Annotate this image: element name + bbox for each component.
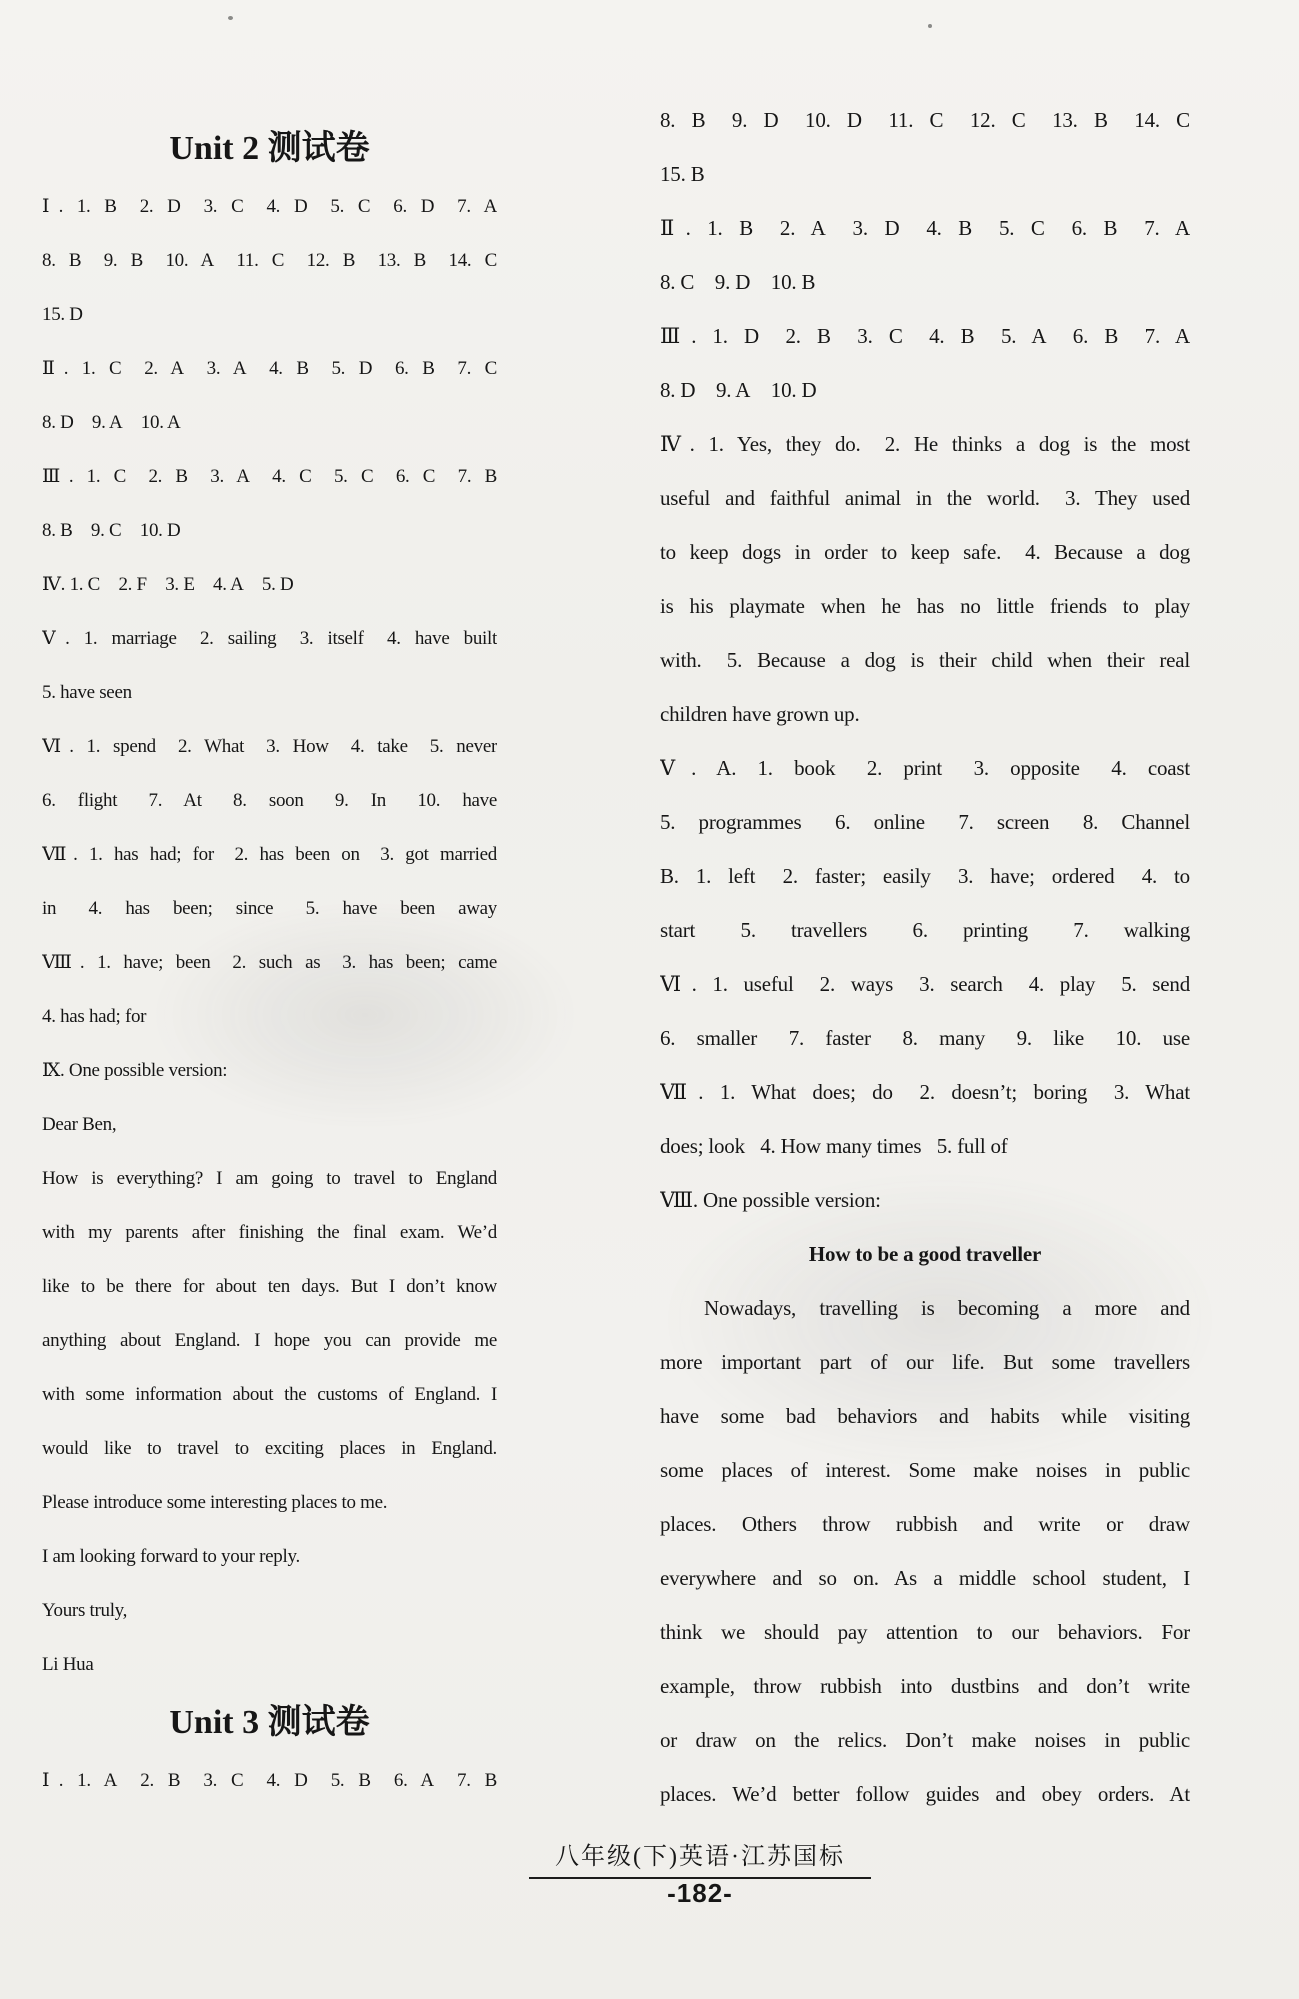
text-line: Ⅷ. 1. have; been 2. such as 3. has been;…: [42, 936, 497, 990]
text-line: 8. B 9. D 10. D 11. C 12. C 13. B 14. C: [660, 93, 1190, 147]
text-line: Ⅱ. 1. B 2. A 3. D 4. B 5. C 6. B 7. A: [660, 201, 1190, 255]
essay-title: How to be a good traveller: [660, 1227, 1190, 1281]
text-line: with some information about the customs …: [42, 1368, 497, 1422]
text-line: does; look 4. How many times 5. full of: [660, 1119, 1190, 1173]
text-line: have some bad behaviors and habits while…: [660, 1389, 1190, 1443]
unit-title: Unit 3 测试卷: [42, 1692, 497, 1754]
text-line: places. We’d better follow guides and ob…: [660, 1767, 1190, 1821]
text-line: anything about England. I hope you can p…: [42, 1314, 497, 1368]
text-line: Ⅴ. 1. marriage 2. sailing 3. itself 4. h…: [42, 612, 497, 666]
text-line: some places of interest. Some make noise…: [660, 1443, 1190, 1497]
text-line: 8. C 9. D 10. B: [660, 255, 1190, 309]
scanned-page: Unit 2 测试卷Ⅰ. 1. B 2. D 3. C 4. D 5. C 6.…: [0, 0, 1299, 1999]
text-line: B. 1. left 2. faster; easily 3. have; or…: [660, 849, 1190, 903]
footer: 八年级(下)英语·江苏国标: [100, 1836, 1299, 1879]
page-number: -182-: [100, 1878, 1299, 1909]
text-line: start 5. travellers 6. printing 7. walki…: [660, 903, 1190, 957]
text-line: Ⅶ. 1. has had; for 2. has been on 3. got…: [42, 828, 497, 882]
text-line: example, throw rubbish into dustbins and…: [660, 1659, 1190, 1713]
unit-title: Unit 2 测试卷: [42, 118, 497, 180]
text-line: Ⅰ. 1. B 2. D 3. C 4. D 5. C 6. D 7. A: [42, 180, 497, 234]
text-line: 15. D: [42, 288, 497, 342]
text-line: to keep dogs in order to keep safe. 4. B…: [660, 525, 1190, 579]
text-line: children have grown up.: [660, 687, 1190, 741]
text-line: everywhere and so on. As a middle school…: [660, 1551, 1190, 1605]
text-line: 8. B 9. C 10. D: [42, 504, 497, 558]
text-line: with my parents after finishing the fina…: [42, 1206, 497, 1260]
text-line: Yours truly,: [42, 1584, 497, 1638]
text-line: would like to travel to exciting places …: [42, 1422, 497, 1476]
text-line: Ⅲ. 1. D 2. B 3. C 4. B 5. A 6. B 7. A: [660, 309, 1190, 363]
text-line: Ⅰ. 1. A 2. B 3. C 4. D 5. B 6. A 7. B: [42, 1754, 497, 1808]
text-line: in 4. has been; since 5. have been away: [42, 882, 497, 936]
text-line: I am looking forward to your reply.: [42, 1530, 497, 1584]
text-line: Li Hua: [42, 1638, 497, 1692]
text-line: 6. smaller 7. faster 8. many 9. like 10.…: [660, 1011, 1190, 1065]
text-line: Dear Ben,: [42, 1098, 497, 1152]
text-line: think we should pay attention to our beh…: [660, 1605, 1190, 1659]
text-line: Ⅴ. A. 1. book 2. print 3. opposite 4. co…: [660, 741, 1190, 795]
text-line: is his playmate when he has no little fr…: [660, 579, 1190, 633]
text-line: How is everything? I am going to travel …: [42, 1152, 497, 1206]
text-line: useful and faithful animal in the world.…: [660, 471, 1190, 525]
text-line: Ⅳ. 1. Yes, they do. 2. He thinks a dog i…: [660, 417, 1190, 471]
text-line: 8. B 9. B 10. A 11. C 12. B 13. B 14. C: [42, 234, 497, 288]
footer-title: 八年级(下)英语·江苏国标: [529, 1836, 871, 1879]
text-line: 8. D 9. A 10. D: [660, 363, 1190, 417]
text-line: 15. B: [660, 147, 1190, 201]
text-line: Nowadays, travelling is becoming a more …: [660, 1281, 1190, 1335]
text-line: more important part of our life. But som…: [660, 1335, 1190, 1389]
text-line: Ⅵ. 1. useful 2. ways 3. search 4. play 5…: [660, 957, 1190, 1011]
text-line: Ⅸ. One possible version:: [42, 1044, 497, 1098]
text-line: 4. has had; for: [42, 990, 497, 1044]
text-line: like to be there for about ten days. But…: [42, 1260, 497, 1314]
scan-speck: [228, 16, 233, 20]
text-line: or draw on the relics. Don’t make noises…: [660, 1713, 1190, 1767]
text-line: with. 5. Because a dog is their child wh…: [660, 633, 1190, 687]
text-line: Ⅷ. One possible version:: [660, 1173, 1190, 1227]
text-line: 8. D 9. A 10. A: [42, 396, 497, 450]
text-line: Ⅶ. 1. What does; do 2. doesn’t; boring 3…: [660, 1065, 1190, 1119]
text-line: places. Others throw rubbish and write o…: [660, 1497, 1190, 1551]
right-column: 8. B 9. D 10. D 11. C 12. C 13. B 14. C1…: [660, 93, 1190, 1821]
text-line: Ⅱ. 1. C 2. A 3. A 4. B 5. D 6. B 7. C: [42, 342, 497, 396]
text-line: 5. programmes 6. online 7. screen 8. Cha…: [660, 795, 1190, 849]
text-line: 5. have seen: [42, 666, 497, 720]
text-line: Ⅵ. 1. spend 2. What 3. How 4. take 5. ne…: [42, 720, 497, 774]
scan-speck: [928, 24, 932, 28]
text-line: 6. flight 7. At 8. soon 9. In 10. have: [42, 774, 497, 828]
left-column: Unit 2 测试卷Ⅰ. 1. B 2. D 3. C 4. D 5. C 6.…: [42, 118, 497, 1808]
text-line: Ⅳ. 1. C 2. F 3. E 4. A 5. D: [42, 558, 497, 612]
text-line: Ⅲ. 1. C 2. B 3. A 4. C 5. C 6. C 7. B: [42, 450, 497, 504]
text-line: Please introduce some interesting places…: [42, 1476, 497, 1530]
